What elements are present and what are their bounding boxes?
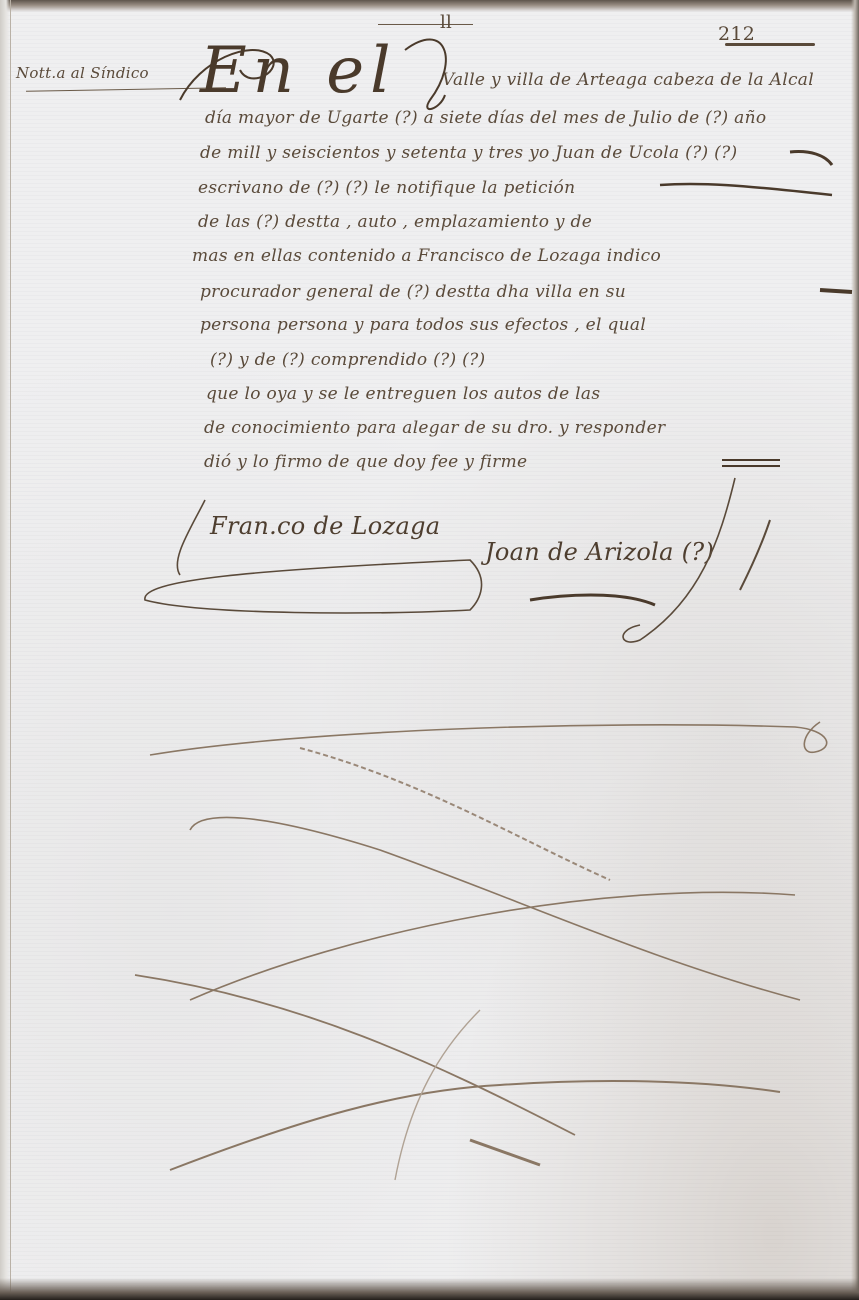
manuscript-page: ll 212 Nott.a al Síndico En el Valle y v…	[0, 0, 859, 1300]
ink-strokes	[0, 0, 859, 1300]
